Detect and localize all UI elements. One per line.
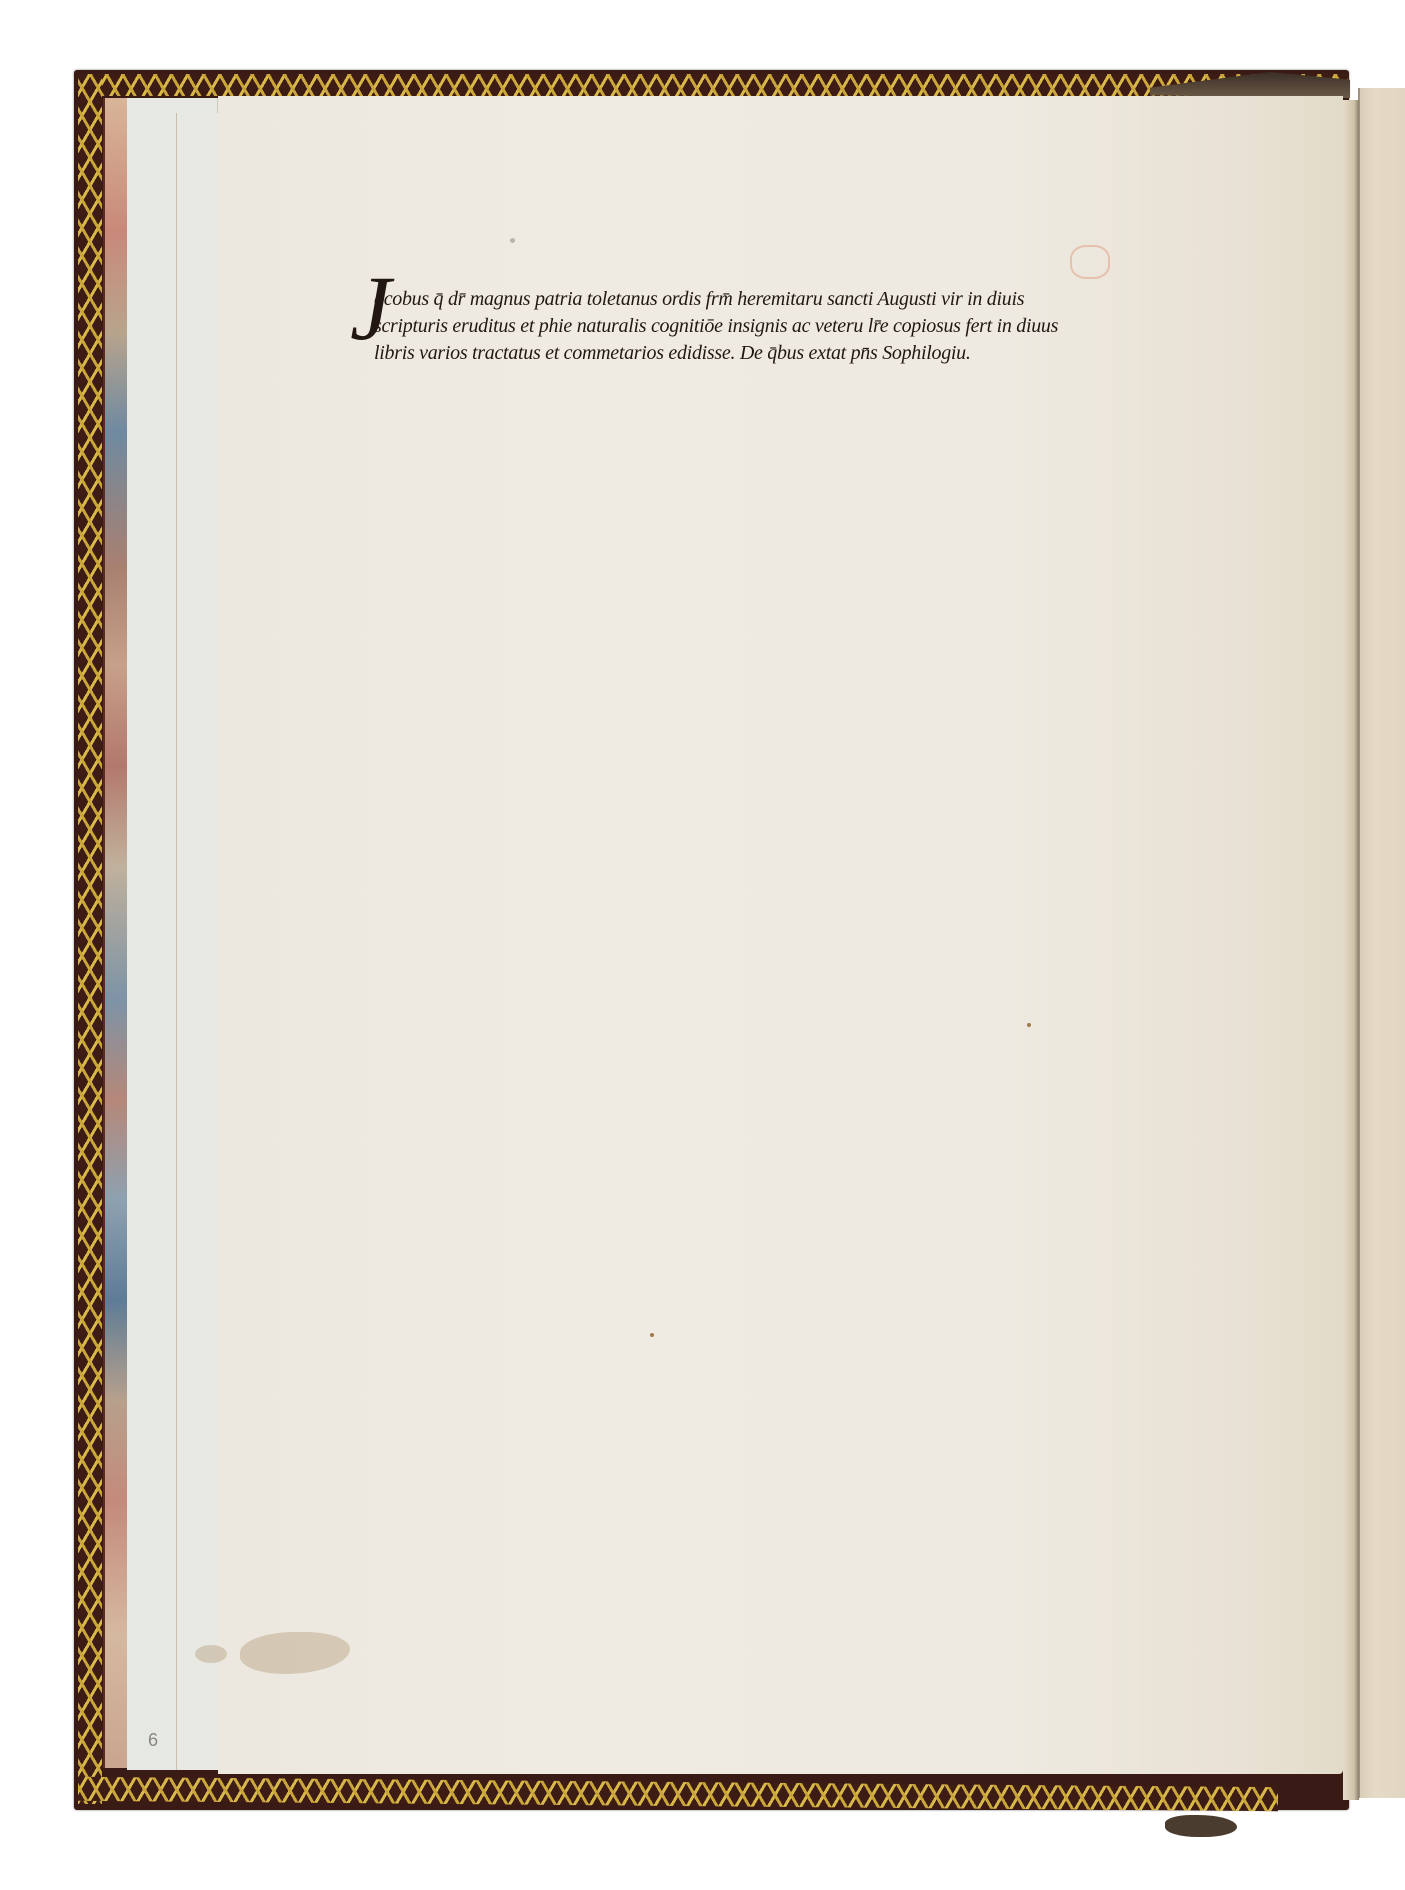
speck — [510, 238, 515, 243]
manuscript-note: acobus q̄ dr̄ magnus patria toletanus or… — [352, 286, 1252, 367]
flyleaf-stub — [176, 113, 219, 1770]
gutter-fold — [1343, 100, 1359, 1800]
facing-page-edge — [1358, 88, 1405, 1798]
binding-fragment — [1165, 1815, 1237, 1837]
stain — [195, 1645, 227, 1663]
manuscript-line: libris varios tractatus et commetarios e… — [352, 340, 1252, 367]
manuscript-line: acobus q̄ dr̄ magnus patria toletanus or… — [352, 286, 1252, 313]
manuscript-line: scripturis eruditus et phie naturalis co… — [352, 313, 1252, 340]
red-ink-mark — [1070, 245, 1110, 279]
pencil-note: 6 — [148, 1730, 158, 1751]
gilt-border-left — [78, 74, 102, 1804]
speck — [650, 1333, 654, 1337]
marbled-endpaper — [103, 98, 129, 1768]
speck — [1027, 1023, 1031, 1027]
